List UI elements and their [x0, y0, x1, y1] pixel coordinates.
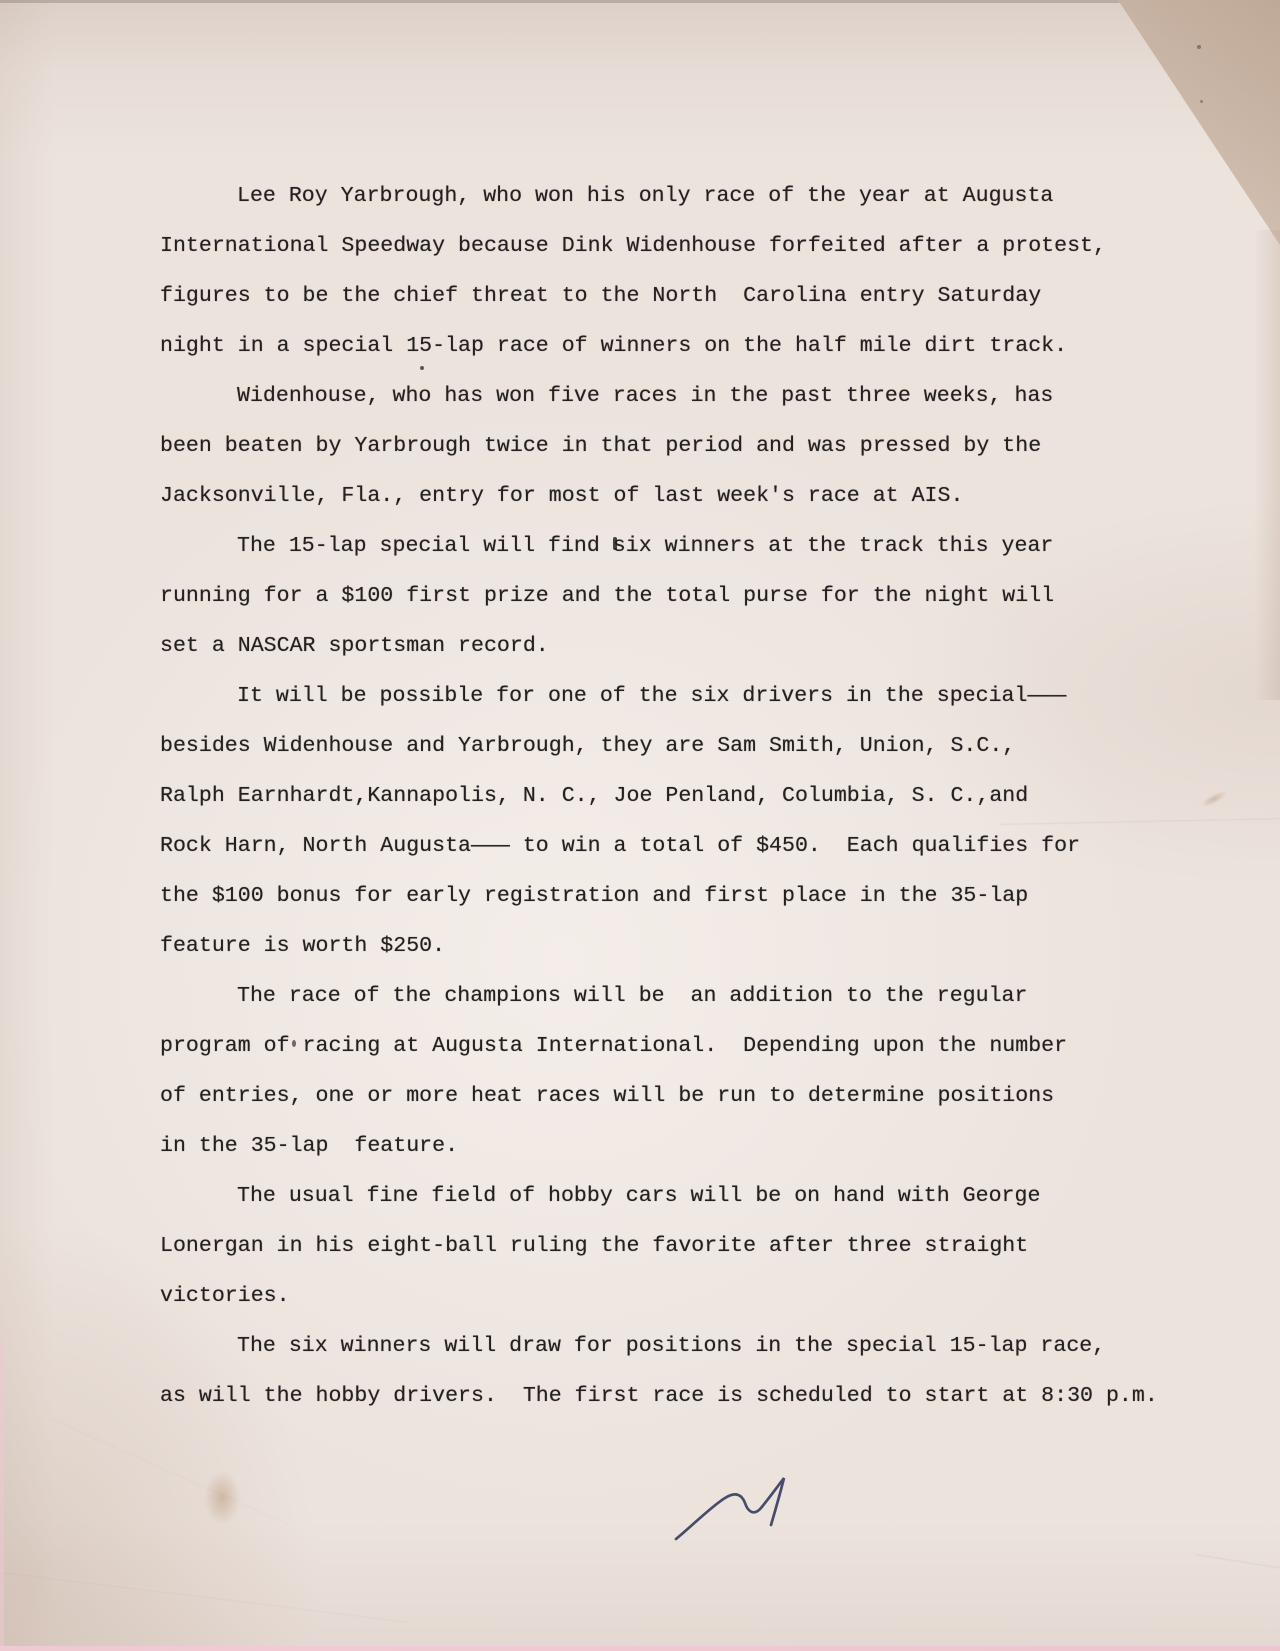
typed-line: been beaten by Yarbrough twice in that p… — [160, 421, 1240, 471]
typed-line: Rock Harn, North Augusta——— to win a tot… — [160, 821, 1240, 871]
paragraph: Widenhouse, who has won five races in th… — [160, 371, 1240, 521]
typed-line: The race of the champions will be an add… — [160, 971, 1240, 1021]
typed-line: as will the hobby drivers. The first rac… — [160, 1371, 1240, 1421]
typed-line: victories. — [160, 1271, 1240, 1321]
paragraph: The 15-lap special will find six winners… — [160, 521, 1240, 671]
typed-line: The 15-lap special will find six winners… — [160, 521, 1240, 571]
typed-line: Jacksonville, Fla., entry for most of la… — [160, 471, 1240, 521]
paper-crease — [51, 1417, 289, 1525]
typed-line: set a NASCAR sportsman record. — [160, 621, 1240, 671]
typed-line: The usual fine field of hobby cars will … — [160, 1171, 1240, 1221]
paper-speck — [1197, 45, 1201, 49]
typed-line: running for a $100 first prize and the t… — [160, 571, 1240, 621]
typed-line: feature is worth $250. — [160, 921, 1240, 971]
typed-line: Widenhouse, who has won five races in th… — [160, 371, 1240, 421]
typed-line: in the 35-lap feature. — [160, 1121, 1240, 1171]
scanned-page: Lee Roy Yarbrough, who won his only race… — [0, 0, 1280, 1651]
typed-line: It will be possible for one of the six d… — [160, 671, 1240, 721]
typed-line: The six winners will draw for positions … — [160, 1321, 1240, 1371]
signature-stroke — [676, 1478, 784, 1539]
paper-crease — [1195, 1553, 1280, 1569]
signature-mark — [640, 1450, 810, 1550]
paper-speck — [1200, 100, 1203, 103]
typed-line: besides Widenhouse and Yarbrough, they a… — [160, 721, 1240, 771]
typed-line: program of racing at Augusta Internation… — [160, 1021, 1240, 1071]
typed-line: Lonergan in his eight-ball ruling the fa… — [160, 1221, 1240, 1271]
typed-line: night in a special 15-lap race of winner… — [160, 321, 1240, 371]
paper-crease — [0, 1569, 409, 1622]
paragraph: The usual fine field of hobby cars will … — [160, 1171, 1240, 1321]
scan-edge-left — [0, 1340, 4, 1651]
typed-line: the $100 bonus for early registration an… — [160, 871, 1240, 921]
right-edge-shading — [1254, 230, 1280, 700]
paragraph: The race of the champions will be an add… — [160, 971, 1240, 1171]
typed-line: International Speedway because Dink Wide… — [160, 221, 1240, 271]
typed-line: figures to be the chief threat to the No… — [160, 271, 1240, 321]
typed-line: of entries, one or more heat races will … — [160, 1071, 1240, 1121]
paper-stain — [198, 1462, 246, 1534]
scan-edge-top — [0, 0, 1280, 3]
typed-text-block: Lee Roy Yarbrough, who won his only race… — [160, 171, 1240, 1421]
scan-edge-bottom — [0, 1646, 1280, 1651]
paragraph: Lee Roy Yarbrough, who won his only race… — [160, 171, 1240, 371]
typed-line: Lee Roy Yarbrough, who won his only race… — [160, 171, 1240, 221]
paragraph: It will be possible for one of the six d… — [160, 671, 1240, 971]
paragraph: The six winners will draw for positions … — [160, 1321, 1240, 1421]
typed-line: Ralph Earnhardt,Kannapolis, N. C., Joe P… — [160, 771, 1240, 821]
